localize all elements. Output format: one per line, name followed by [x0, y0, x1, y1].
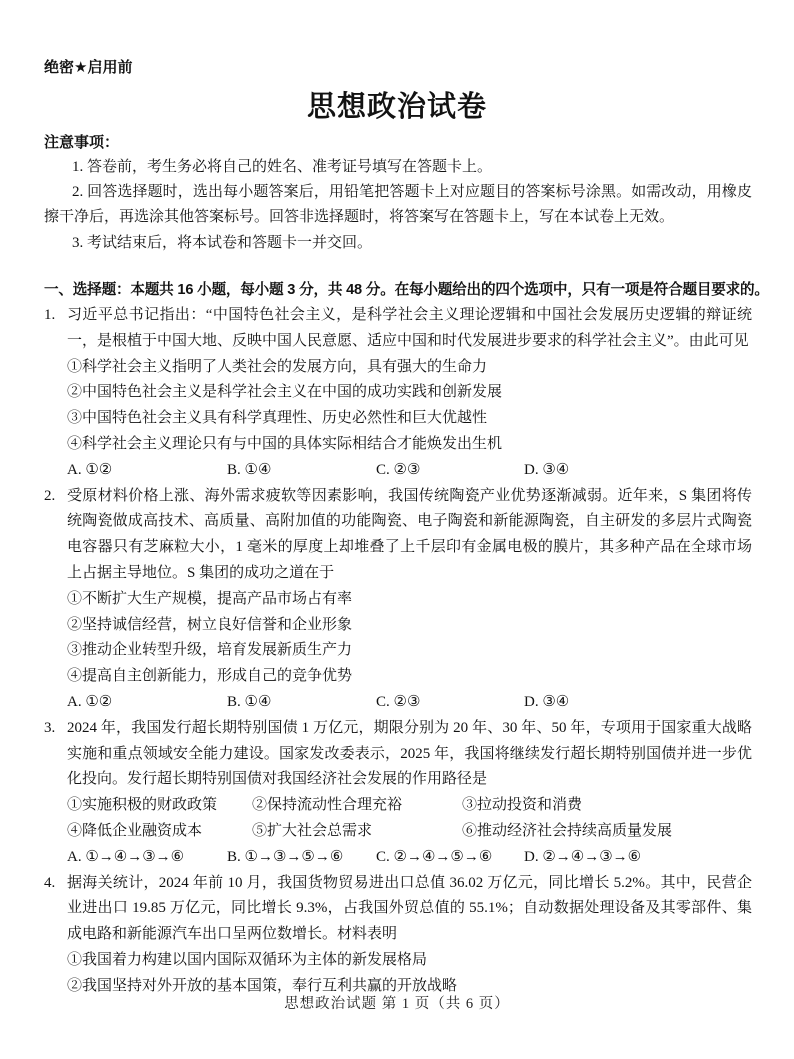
question-2-choice-d: D. ③④ [524, 690, 569, 716]
question-1-choice-b: B. ①④ [227, 458, 376, 484]
question-4-subitem-1: ①我国着力构建以国内国际双循环为主体的新发展格局 [67, 948, 752, 974]
question-3-choice-b: B. ①→③→⑤→⑥ [227, 845, 376, 871]
question-2-subitem-4: ④提高自主创新能力，形成自己的竞争优势 [67, 664, 752, 690]
question-3-stem: 2024 年，我国发行超长期特别国债 1 万亿元，期限分别为 20 年、30 年… [67, 716, 752, 793]
question-3-choice-c: C. ②→④→⑤→⑥ [376, 845, 524, 871]
question-2: 2. 受原材料价格上涨、海外需求疲软等因素影响，我国传统陶瓷产业优势逐渐减弱。近… [44, 484, 752, 716]
question-3-subrow-1: ①实施积极的财政政策 ②保持流动性合理充裕 ③拉动投资和消费 [67, 793, 752, 819]
notice-heading: 注意事项： [44, 131, 752, 155]
question-3-subitem-4: ④降低企业融资成本 [67, 819, 252, 845]
question-2-choices: A. ①② B. ①④ C. ②③ D. ③④ [67, 690, 752, 716]
question-2-stem: 受原材料价格上涨、海外需求疲软等因素影响，我国传统陶瓷产业优势逐渐减弱。近年来，… [67, 484, 752, 587]
question-3-subitem-5: ⑤扩大社会总需求 [252, 819, 462, 845]
question-2-choice-b: B. ①④ [227, 690, 376, 716]
question-3-choice-d: D. ②→④→③→⑥ [524, 845, 641, 871]
question-1-subitem-2: ②中国特色社会主义是科学社会主义在中国的成功实践和创新发展 [67, 380, 752, 406]
paper-title: 思想政治试卷 [0, 84, 794, 125]
question-2-subitem-2: ②坚持诚信经营，树立良好信誉和企业形象 [67, 613, 752, 639]
question-3-subrow-2: ④降低企业融资成本 ⑤扩大社会总需求 ⑥推动经济社会持续高质量发展 [67, 819, 752, 845]
question-1-subitem-4: ④科学社会主义理论只有与中国的具体实际相结合才能焕发出生机 [67, 432, 752, 458]
question-2-choice-c: C. ②③ [376, 690, 524, 716]
page-footer: 思想政治试题 第 1 页（共 6 页） [0, 992, 794, 1013]
question-1-subitem-3: ③中国特色社会主义具有科学真理性、历史必然性和巨大优越性 [67, 406, 752, 432]
question-1-choice-a: A. ①② [67, 458, 227, 484]
question-3-number: 3. [44, 716, 55, 742]
notice-item-3: 3. 考试结束后，将本试卷和答题卡一并交回。 [44, 231, 752, 256]
question-4-number: 4. [44, 871, 55, 897]
question-1-stem: 习近平总书记指出：“中国特色社会主义，是科学社会主义理论逻辑和中国社会发展历史逻… [67, 303, 752, 355]
question-1-choice-c: C. ②③ [376, 458, 524, 484]
exam-paper-page: 绝密★启用前 思想政治试卷 注意事项： 1. 答卷前，考生务必将自己的姓名、准考… [0, 0, 794, 1059]
question-3-choices: A. ①→④→③→⑥ B. ①→③→⑤→⑥ C. ②→④→⑤→⑥ D. ②→④→… [67, 845, 752, 871]
notice-item-1: 1. 答卷前，考生务必将自己的姓名、准考证号填写在答题卡上。 [44, 155, 752, 180]
section-heading: 一、选择题：本题共 16 小题，每小题 3 分，共 48 分。在每小题给出的四个… [44, 277, 752, 303]
question-2-subitem-3: ③推动企业转型升级，培育发展新质生产力 [67, 638, 752, 664]
question-3-subitem-1: ①实施积极的财政政策 [67, 793, 252, 819]
question-2-choice-a: A. ①② [67, 690, 227, 716]
question-3-subitem-2: ②保持流动性合理充裕 [252, 793, 462, 819]
question-1-number: 1. [44, 303, 55, 329]
question-1-choices: A. ①② B. ①④ C. ②③ D. ③④ [67, 458, 752, 484]
question-1-subitem-1: ①科学社会主义指明了人类社会的发展方向，具有强大的生命力 [67, 355, 752, 381]
notice-item-2: 2. 回答选择题时，选出每小题答案后，用铅笔把答题卡上对应题目的答案标号涂黑。如… [44, 180, 752, 230]
question-2-number: 2. [44, 484, 55, 510]
question-1: 1. 习近平总书记指出：“中国特色社会主义，是科学社会主义理论逻辑和中国社会发展… [44, 303, 752, 484]
question-3-subitem-3: ③拉动投资和消费 [462, 793, 582, 819]
question-3-choice-a: A. ①→④→③→⑥ [67, 845, 227, 871]
question-3: 3. 2024 年，我国发行超长期特别国债 1 万亿元，期限分别为 20 年、3… [44, 716, 752, 871]
question-3-subitem-6: ⑥推动经济社会持续高质量发展 [462, 819, 672, 845]
question-2-subitem-1: ①不断扩大生产规模，提高产品市场占有率 [67, 587, 752, 613]
notice-section: 注意事项： 1. 答卷前，考生务必将自己的姓名、准考证号填写在答题卡上。 2. … [44, 131, 752, 256]
questions-area: 一、选择题：本题共 16 小题，每小题 3 分，共 48 分。在每小题给出的四个… [44, 277, 752, 1000]
classification-label: 绝密★启用前 [44, 56, 132, 77]
question-4-stem: 据海关统计，2024 年前 10 月，我国货物贸易进出口总值 36.02 万亿元… [67, 871, 752, 948]
question-1-choice-d: D. ③④ [524, 458, 569, 484]
question-4: 4. 据海关统计，2024 年前 10 月，我国货物贸易进出口总值 36.02 … [44, 871, 752, 1000]
